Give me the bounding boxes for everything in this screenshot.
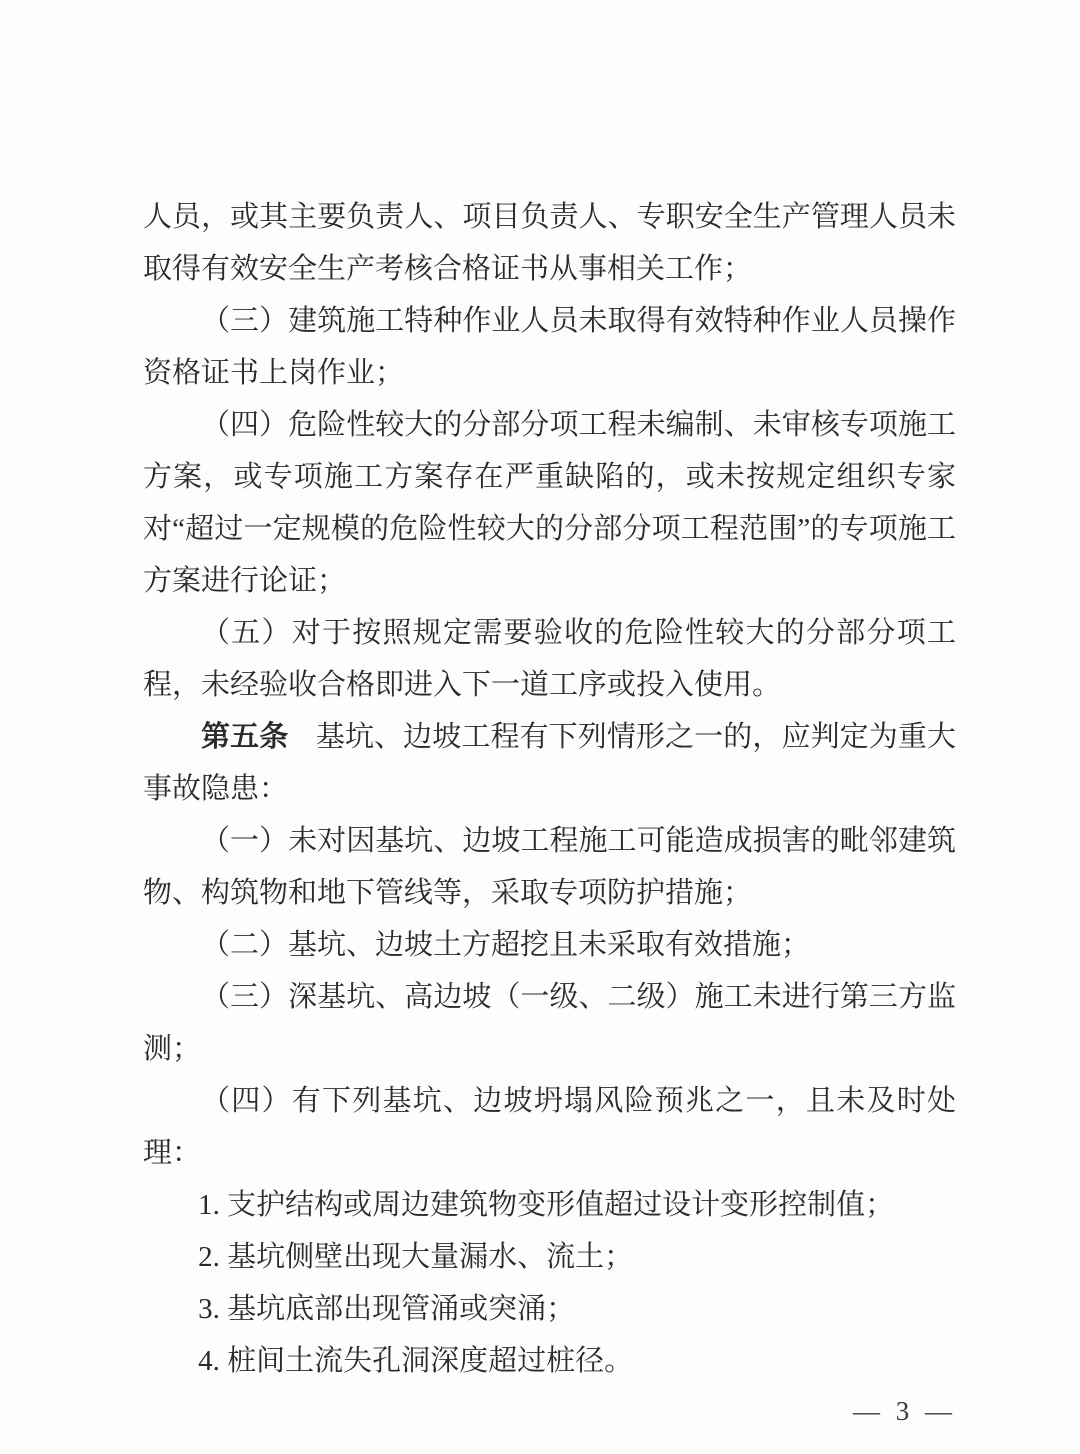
paragraph: 4. 桩间土流失孔洞深度超过桩径。: [143, 1335, 956, 1387]
document-text: 人员，或其主要负责人、项目负责人、专职安全生产管理人员未取得有效安全生产考核合格…: [143, 191, 956, 1387]
paragraph: 第五条基坑、边坡工程有下列情形之一的，应判定为重大事故隐患：: [143, 711, 956, 815]
paragraph: 3. 基坑底部出现管涌或突涌；: [143, 1283, 956, 1335]
article-number: 第五条: [201, 721, 288, 753]
paragraph: （四）有下列基坑、边坡坍塌风险预兆之一，且未及时处理：: [143, 1075, 956, 1179]
paragraph: 人员，或其主要负责人、项目负责人、专职安全生产管理人员未取得有效安全生产考核合格…: [143, 191, 956, 295]
paragraph: （二）基坑、边坡土方超挖且未采取有效措施；: [143, 919, 956, 971]
paragraph: （五）对于按照规定需要验收的危险性较大的分部分项工程，未经验收合格即进入下一道工…: [143, 607, 956, 711]
page-number: — 3 —: [853, 1396, 952, 1426]
paragraph: 2. 基坑侧壁出现大量漏水、流土；: [143, 1231, 956, 1283]
document-page: 人员，或其主要负责人、项目负责人、专职安全生产管理人员未取得有效安全生产考核合格…: [0, 0, 1080, 1454]
paragraph: （一）未对因基坑、边坡工程施工可能造成损害的毗邻建筑物、构筑物和地下管线等，采取…: [143, 815, 956, 919]
paragraph: （四）危险性较大的分部分项工程未编制、未审核专项施工方案，或专项施工方案存在严重…: [143, 399, 956, 607]
paragraph: （三）深基坑、高边坡（一级、二级）施工未进行第三方监测；: [143, 971, 956, 1075]
paragraph: （三）建筑施工特种作业人员未取得有效特种作业人员操作资格证书上岗作业；: [143, 295, 956, 399]
paragraph: 1. 支护结构或周边建筑物变形值超过设计变形控制值；: [143, 1179, 956, 1231]
